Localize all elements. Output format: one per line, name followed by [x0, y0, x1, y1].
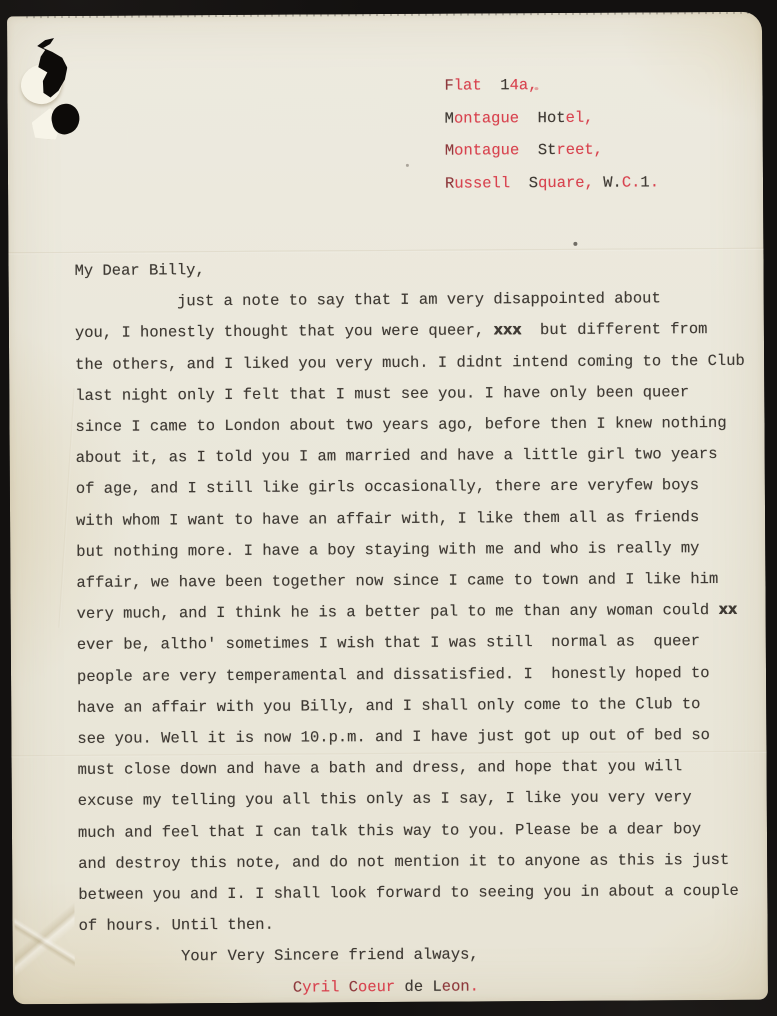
paper-hole: [32, 102, 86, 144]
address-line: Russell Square, W.C.1.: [445, 166, 659, 200]
letter-line: must close down and have a bath and dres…: [78, 751, 748, 786]
letter-line: the others, and I liked you very much. I…: [75, 345, 745, 380]
letter-line: about it, as I told you I am married and…: [76, 439, 746, 474]
letter-line: see you. Well it is now 10.p.m. and I ha…: [77, 720, 747, 755]
letter-text: My Dear Billy, just a note to say that I…: [74, 252, 748, 1005]
letter-line: excuse my telling you all this only as I…: [78, 782, 748, 817]
letter-line: you, I honestly thought that you were qu…: [75, 314, 745, 349]
letter-line: and destroy this note, and do not mentio…: [78, 845, 748, 880]
letter-line: My Dear Billy,: [74, 252, 744, 287]
letter-line: have an affair with you Billy, and I sha…: [77, 689, 747, 724]
letter-line: affair, we have been together now since …: [76, 564, 746, 599]
letter-line: much and feel that I can talk this way t…: [78, 813, 748, 848]
ink-fleck: [406, 164, 409, 167]
ink-fleck: [573, 242, 577, 246]
paper-crease: [58, 388, 75, 628]
sender-address-block: Flat 14a,Montague Hotel,Montague Street,…: [444, 68, 659, 200]
letter-line: of age, and I still like girls occasiona…: [76, 470, 746, 505]
paper-hole: [25, 38, 75, 104]
letter-line: just a note to say that I am very disapp…: [75, 283, 745, 318]
scan-background: Flat 14a,Montague Hotel,Montague Street,…: [0, 0, 777, 1016]
letter-page: Flat 14a,Montague Hotel,Montague Street,…: [7, 12, 768, 1005]
letter-line: very much, and I think he is a better pa…: [77, 595, 747, 630]
paper-crease: [14, 888, 75, 998]
letter-line: but nothing more. I have a boy staying w…: [76, 533, 746, 568]
address-line: Flat 14a,: [444, 68, 658, 102]
letter-line: since I came to London about two years a…: [75, 408, 745, 443]
letter-line: last night only I felt that I must see y…: [75, 377, 745, 412]
letter-line: with whom I want to have an affair with,…: [76, 501, 746, 536]
address-line: Montague Street,: [445, 134, 659, 168]
closing-line: Your Very Sincere friend always,: [79, 938, 749, 973]
letter-line: ever be, altho' sometimes I wish that I …: [77, 626, 747, 661]
letter-line: people are very temperamental and dissat…: [77, 657, 747, 692]
signature-line: Cyril Coeur de Leon.: [79, 969, 749, 1004]
address-line: Montague Hotel,: [445, 101, 659, 135]
letter-line: between you and I. I shall look forward …: [78, 876, 748, 911]
letter-line: of hours. Until then.: [78, 907, 748, 942]
